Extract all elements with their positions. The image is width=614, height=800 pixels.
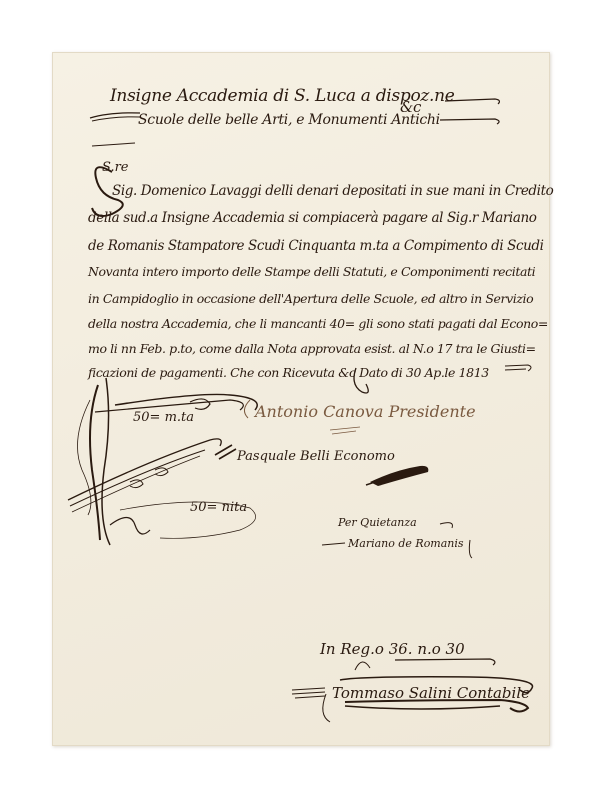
receipt-label: Per Quietanza xyxy=(338,516,417,529)
salutation: S.re xyxy=(102,160,128,175)
signature-canova: Antonio Canova Presidente xyxy=(255,402,476,421)
margin-amount-bottom: 50= nita xyxy=(190,500,247,515)
body-line-1: Sig. Domenico Lavaggi delli denari depos… xyxy=(112,183,553,199)
signature-salini: Tommaso Salini Contabile xyxy=(332,684,530,702)
body-line-2: della sud.a Insigne Accademia si compiac… xyxy=(88,210,537,226)
signature-belli: Pasquale Belli Economo xyxy=(237,449,395,464)
manuscript-page xyxy=(52,52,550,746)
margin-amount-top: 50= m.ta xyxy=(133,410,194,425)
body-line-7: mo li nn Feb. p.to, come dalla Nota appr… xyxy=(88,341,536,356)
body-line-4: Novanta intero importo delle Stampe dell… xyxy=(88,264,535,279)
body-line-5: in Campidoglio in occasione dell'Apertur… xyxy=(88,291,533,306)
body-line-3: de Romanis Stampatore Scudi Cinquanta m.… xyxy=(88,238,544,254)
body-line-6: della nostra Accademia, che li mancanti … xyxy=(88,316,548,331)
receipt-name: Mariano de Romanis xyxy=(348,537,464,550)
register-note: In Reg.o 36. n.o 30 xyxy=(320,640,465,658)
body-line-8: ficazioni de pagamenti. Che con Ricevuta… xyxy=(88,365,489,380)
heading-line-2: Scuole delle belle Arti, e Monumenti Ant… xyxy=(138,112,440,128)
